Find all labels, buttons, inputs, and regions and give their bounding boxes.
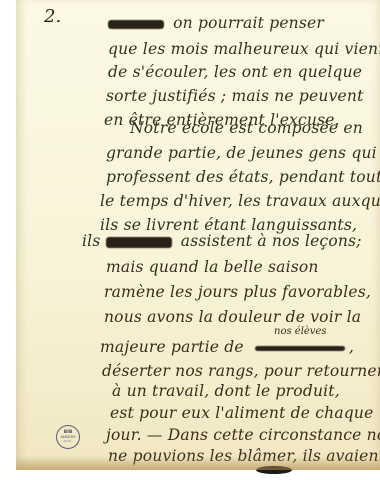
line-1: En somme, on pourrait penser: [108, 14, 324, 32]
library-stamp: BIB ANGERS MUN.: [56, 425, 80, 449]
line-17: à un travail, dont le produit,: [112, 382, 340, 400]
line-9: le temps d'hiver, les travaux auxquels: [100, 192, 380, 210]
line-8: professent des états, pendant tout: [106, 168, 380, 186]
line-14: nous avons la douleur de voir la: [104, 308, 361, 326]
line-16: déserter nos rangs, pour retourner: [102, 362, 380, 380]
line-6: Notre école est composée en: [130, 119, 363, 137]
struck-text: assidûment: [106, 237, 172, 248]
manuscript-page: 2. En somme, on pourrait penser que les …: [16, 0, 380, 470]
line-2: que les mois malheureux qui viennent: [108, 40, 380, 58]
torn-edge: [256, 466, 292, 474]
struck-text: ces jeunes gens: [255, 346, 345, 351]
line-20: ne pouvions les blâmer, ils avaient: [108, 447, 380, 465]
line-18: est pour eux l'aliment de chaque: [110, 404, 373, 422]
line-13: ramène les jours plus favorables,: [104, 283, 371, 301]
line-11: ils assidûment assistent à nos leçons;: [82, 232, 362, 250]
line-3: de s'écouler, les ont en quelque: [108, 63, 362, 81]
line-4: sorte justifiés ; mais ne peuvent: [106, 87, 364, 105]
line-12: mais quand la belle saison: [106, 258, 319, 276]
interlinear-insertion: nos élèves: [274, 326, 327, 337]
struck-text: En somme,: [108, 20, 164, 29]
line-19: jour. — Dans cette circonstance nous: [106, 426, 380, 444]
line-7: grande partie, de jeunes gens qui: [106, 144, 377, 162]
line-15: majeure partie de ces jeunes gens,: [100, 338, 354, 356]
folio-number: 2.: [44, 6, 61, 27]
page-mark: ·: [44, 423, 46, 430]
